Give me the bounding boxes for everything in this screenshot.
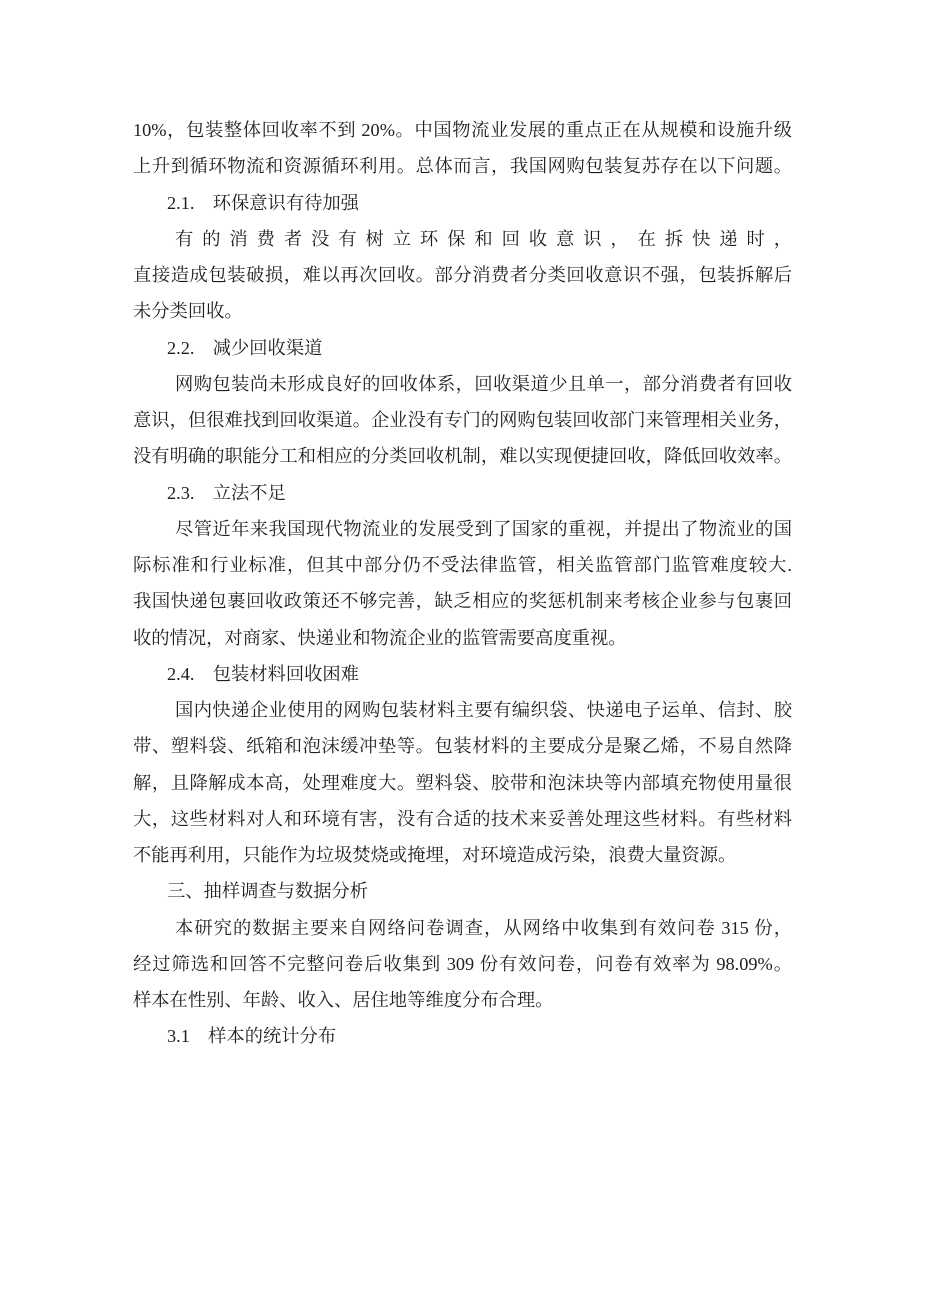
section-heading: 2.2. 减少回收渠道 — [133, 330, 792, 366]
section-heading: 2.4. 包装材料回收困难 — [133, 656, 792, 692]
body-text-line: 网购包装尚未形成良好的回收体系，回收渠道少且单一，部分消费者有回收 — [133, 366, 792, 402]
body-text-line: 收的情况，对商家、快递业和物流企业的监管需要高度重视。 — [133, 620, 792, 656]
body-text-line: 样本在性别、年龄、收入、居住地等维度分布合理。 — [133, 982, 792, 1018]
body-text-line: 本研究的数据主要来自网络问卷调查，从网络中收集到有效问卷 315 份， — [133, 910, 792, 946]
section-heading: 2.3. 立法不足 — [133, 475, 792, 511]
body-text-line: 不能再利用，只能作为垃圾焚烧或掩埋，对环境造成污染，浪费大量资源。 — [133, 837, 792, 873]
body-text-line: 意识，但很难找到回收渠道。企业没有专门的网购包装回收部门来管理相关业务， — [133, 402, 792, 438]
body-text-line: 际标准和行业标准，但其中部分仍不受法律监管，相关监管部门监管难度较大. — [133, 547, 792, 583]
body-text-line: 带、塑料袋、纸箱和泡沫缓冲垫等。包装材料的主要成分是聚乙烯，不易自然降 — [133, 728, 792, 764]
body-text-line: 尽管近年来我国现代物流业的发展受到了国家的重视，并提出了物流业的国 — [133, 511, 792, 547]
body-text-line: 国内快递企业使用的网购包装材料主要有编织袋、快递电子运单、信封、胶 — [133, 692, 792, 728]
body-text-line: 我国快递包裹回收政策还不够完善，缺乏相应的奖惩机制来考核企业参与包裹回 — [133, 583, 792, 619]
body-text-line: 未分类回收。 — [133, 293, 792, 329]
body-text-line: 直接造成包装破损，难以再次回收。部分消费者分类回收意识不强，包装拆解后 — [133, 257, 792, 293]
body-text-line: 10%，包装整体回收率不到 20%。中国物流业发展的重点正在从规模和设施升级 — [133, 112, 792, 148]
section-heading: 3.1 样本的统计分布 — [133, 1018, 792, 1054]
document-page: 10%，包装整体回收率不到 20%。中国物流业发展的重点正在从规模和设施升级上升… — [0, 0, 926, 1309]
body-text-line: 有的消费者没有树立环保和回收意识，在拆快递时，经常使用刀具打开包装， — [133, 221, 792, 257]
body-text-line: 上升到循环物流和资源循环利用。总体而言，我国网购包装复苏存在以下问题。 — [133, 148, 792, 184]
section-heading: 三、抽样调查与数据分析 — [133, 873, 792, 909]
section-heading: 2.1. 环保意识有待加强 — [133, 185, 792, 221]
body-text-line: 没有明确的职能分工和相应的分类回收机制，难以实现便捷回收，降低回收效率。 — [133, 438, 792, 474]
document-text-block: 10%，包装整体回收率不到 20%。中国物流业发展的重点正在从规模和设施升级上升… — [133, 112, 792, 1055]
body-text-line: 解，且降解成本高，处理难度大。塑料袋、胶带和泡沫块等内部填充物使用量很 — [133, 765, 792, 801]
body-text-line: 大，这些材料对人和环境有害，没有合适的技术来妥善处理这些材料。有些材料 — [133, 801, 792, 837]
body-text-line: 经过筛选和回答不完整问卷后收集到 309 份有效问卷，问卷有效率为 98.09%… — [133, 946, 792, 982]
